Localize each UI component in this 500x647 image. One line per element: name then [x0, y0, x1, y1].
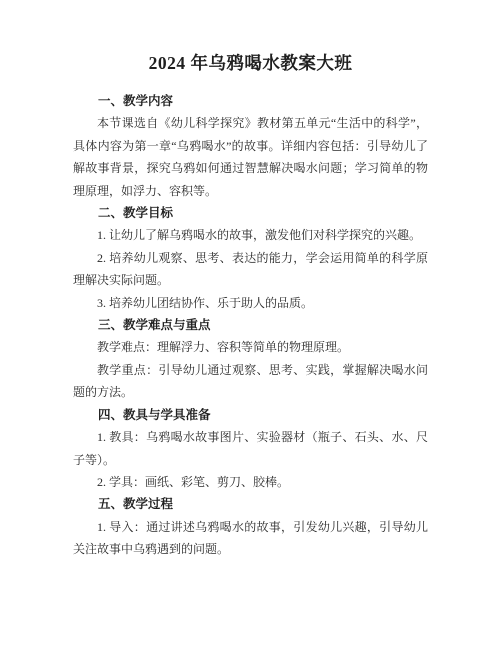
paragraph: 1. 教具：乌鸦喝水故事图片、实验器材（瓶子、石头、水、尺子等）。 [73, 426, 428, 471]
section-teaching-content: 一、教学内容 本节课选自《幼儿科学探究》教材第五单元“生活中的科学”，具体内容为… [73, 90, 428, 202]
paragraph: 3. 培养幼儿团结协作、乐于助人的品质。 [73, 292, 428, 314]
paragraph: 2. 学具：画纸、彩笔、剪刀、胶棒。 [73, 471, 428, 493]
section-teaching-process: 五、教学过程 1. 导入：通过讲述乌鸦喝水的故事，引发幼儿兴趣，引导幼儿关注故事… [73, 493, 428, 560]
document-title: 2024 年乌鸦喝水教案大班 [73, 50, 428, 75]
document-page: 2024 年乌鸦喝水教案大班 一、教学内容 本节课选自《幼儿科学探究》教材第五单… [0, 0, 500, 647]
paragraph: 1. 让幼儿了解乌鸦喝水的故事，激发他们对科学探究的兴趣。 [73, 224, 428, 246]
section-heading-2: 二、教学目标 [73, 202, 428, 224]
section-difficulties-and-focus: 三、教学难点与重点 教学难点：理解浮力、容积等简单的物理原理。 教学重点：引导幼… [73, 314, 428, 404]
section-heading-3: 三、教学难点与重点 [73, 314, 428, 336]
section-heading-5: 五、教学过程 [73, 493, 428, 515]
paragraph: 2. 培养幼儿观察、思考、表达的能力，学会运用简单的科学原理解决实际问题。 [73, 247, 428, 292]
section-heading-4: 四、教具与学具准备 [73, 404, 428, 426]
section-materials-preparation: 四、教具与学具准备 1. 教具：乌鸦喝水故事图片、实验器材（瓶子、石头、水、尺子… [73, 404, 428, 494]
paragraph: 1. 导入：通过讲述乌鸦喝水的故事，引发幼儿兴趣，引导幼儿关注故事中乌鸦遇到的问… [73, 516, 428, 561]
document-content: 2024 年乌鸦喝水教案大班 一、教学内容 本节课选自《幼儿科学探究》教材第五单… [0, 0, 500, 561]
section-heading-1: 一、教学内容 [73, 90, 428, 112]
paragraph: 教学重点：引导幼儿通过观察、思考、实践，掌握解决喝水问题的方法。 [73, 359, 428, 404]
paragraph: 本节课选自《幼儿科学探究》教材第五单元“生活中的科学”，具体内容为第一章“乌鸦喝… [73, 112, 428, 202]
paragraph: 教学难点：理解浮力、容积等简单的物理原理。 [73, 336, 428, 358]
section-teaching-objectives: 二、教学目标 1. 让幼儿了解乌鸦喝水的故事，激发他们对科学探究的兴趣。 2. … [73, 202, 428, 314]
